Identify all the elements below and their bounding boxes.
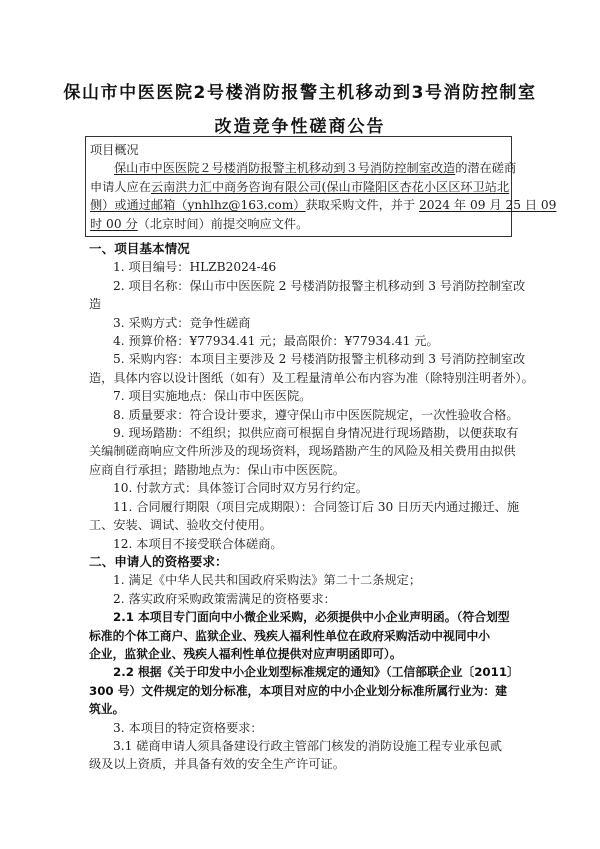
s1-item-9: 9. 现场踏勘：不组织；拟供应商可根据自身情况进行现场踏勘，以便获取有 xyxy=(89,424,513,442)
s1-item-11: 11. 合同履行期限（项目完成期限）：合同签订后 30 日历天内通过搬迁、施 xyxy=(89,498,513,516)
s1-item-12: 12. 本项目不接受联合体磋商。 xyxy=(89,535,513,553)
agency-address: 云南洪力汇中商务咨询有限公司(保山市隆阳区杏花小区区环卫站北 xyxy=(151,180,509,194)
s1-item-10: 10. 付款方式：具体签订合同时双方另行约定。 xyxy=(89,479,513,497)
s2-item-2-2: 2.2 根据《关于印发中小企业划型标准规定的通知》（工信部联企业〔2011〕 xyxy=(89,663,513,681)
s2-item-3-1: 3.1 磋商申请人须具备建设行政主管部门核发的消防设施工程专业承包贰 xyxy=(89,737,513,755)
section1-heading: 一、项目基本情况 xyxy=(89,240,513,258)
deadline-time: 时 00 分 xyxy=(90,217,138,231)
overview-line-4: 时 00 分（北京时间）前提交响应文件。 xyxy=(90,215,507,233)
document-title-line2: 改造竞争性磋商公告 xyxy=(0,112,600,137)
s1-item-3: 3. 采购方式：竞争性磋商 xyxy=(89,314,513,332)
overview-line-1: 保山市中医医院２号楼消防报警主机移动到３号消防控制室改造的潜在磋商 xyxy=(90,159,507,177)
overview-text: 获取采购文件，并于 xyxy=(305,198,419,212)
overview-text: 的潜在磋商 xyxy=(455,161,516,175)
document-page: 保山市中医医院2号楼消防报警主机移动到3号消防控制室 改造竞争性磋商公告 项目概… xyxy=(0,0,600,849)
overview-heading: 项目概况 xyxy=(90,141,507,159)
overview-line-2: 申请人应在云南洪力汇中商务咨询有限公司(保山市隆阳区杏花小区区环卫站北 xyxy=(90,178,507,196)
s2-item-2-2-cont2: 筑业。 xyxy=(89,700,513,718)
s1-item-7: 7. 项目实施地点：保山市中医医院。 xyxy=(89,387,513,405)
s1-item-2-cont: 造 xyxy=(89,295,513,313)
s1-item-9-cont1: 关编制磋商响应文件所涉及的现场资料，现场踏勘产生的风险及相关费用由拟供 xyxy=(89,442,513,460)
s1-item-11-cont: 工、安装、调试、验收交付使用。 xyxy=(89,516,513,534)
s2-item-2: 2. 落实政府采购政策需满足的资格要求： xyxy=(89,590,513,608)
overview-text: （北京时间）前提交响应文件。 xyxy=(138,217,309,231)
s2-item-3: 3. 本项目的特定资格要求： xyxy=(89,719,513,737)
overview-text: 申请人应在 xyxy=(90,180,151,194)
s2-item-2-2-cont1: 300 号）文件规定的划分标准，本项目对应的中小企业划分标准所属行业为：建 xyxy=(89,682,513,700)
s1-item-2: 2. 项目名称：保山市中医医院 2 号楼消防报警主机移动到 3 号消防控制室改 xyxy=(89,277,513,295)
s1-item-5-cont: 造，具体内容以设计图纸（如有）及工程量清单公布内容为准（除特别注明者外）。 xyxy=(89,369,513,387)
s2-item-2-1: 2.1 本项目专门面向中小微企业采购，必须提供中小企业声明函。（符合划型 xyxy=(89,608,513,626)
s1-item-5: 5. 采购内容：本项目主要涉及 2 号楼消防报警主机移动到 3 号消防控制室改 xyxy=(89,350,513,368)
s1-item-9-cont2: 应商自行承担；踏勘地点为：保山市中医医院。 xyxy=(89,461,513,479)
s1-item-1: 1. 项目编号：HLZB2024-46 xyxy=(89,258,513,276)
s2-item-2-1-cont2: 企业，监狱企业、残疾人福利性单位提供对应声明函即可）。 xyxy=(89,645,513,663)
document-body: 一、项目基本情况 1. 项目编号：HLZB2024-46 2. 项目名称：保山市… xyxy=(89,240,513,774)
agency-email: 侧）或通过邮箱（ynhlhz@163.com） xyxy=(90,198,305,212)
deadline-date: 2024 年 09 月 25 日 09 xyxy=(419,198,556,212)
section2-heading: 二、申请人的资格要求： xyxy=(89,553,513,571)
s2-item-2-1-cont1: 标准的个体工商户、监狱企业、残疾人福利性单位在政府采购活动中视同中小 xyxy=(89,627,513,645)
overview-line-3: 侧）或通过邮箱（ynhlhz@163.com）获取采购文件，并于 2024 年 … xyxy=(90,196,507,214)
document-title-line1: 保山市中医医院2号楼消防报警主机移动到3号消防控制室 xyxy=(0,78,600,103)
s1-item-4: 4. 预算价格：¥77934.41 元；最高限价：¥77934.41 元。 xyxy=(89,332,513,350)
s2-item-1: 1. 满足《中华人民共和国政府采购法》第二十二条规定； xyxy=(89,571,513,589)
s1-item-8: 8. 质量要求：符合设计要求，遵守保山市中医医院规定，一次性验收合格。 xyxy=(89,406,513,424)
s2-item-3-1-cont: 级及以上资质，并具备有效的安全生产许可证。 xyxy=(89,755,513,773)
project-overview-box: 项目概况 保山市中医医院２号楼消防报警主机移动到３号消防控制室改造的潜在磋商 申… xyxy=(85,136,512,237)
project-name-underlined: 保山市中医医院２号楼消防报警主机移动到３号消防控制室改造 xyxy=(114,161,455,175)
